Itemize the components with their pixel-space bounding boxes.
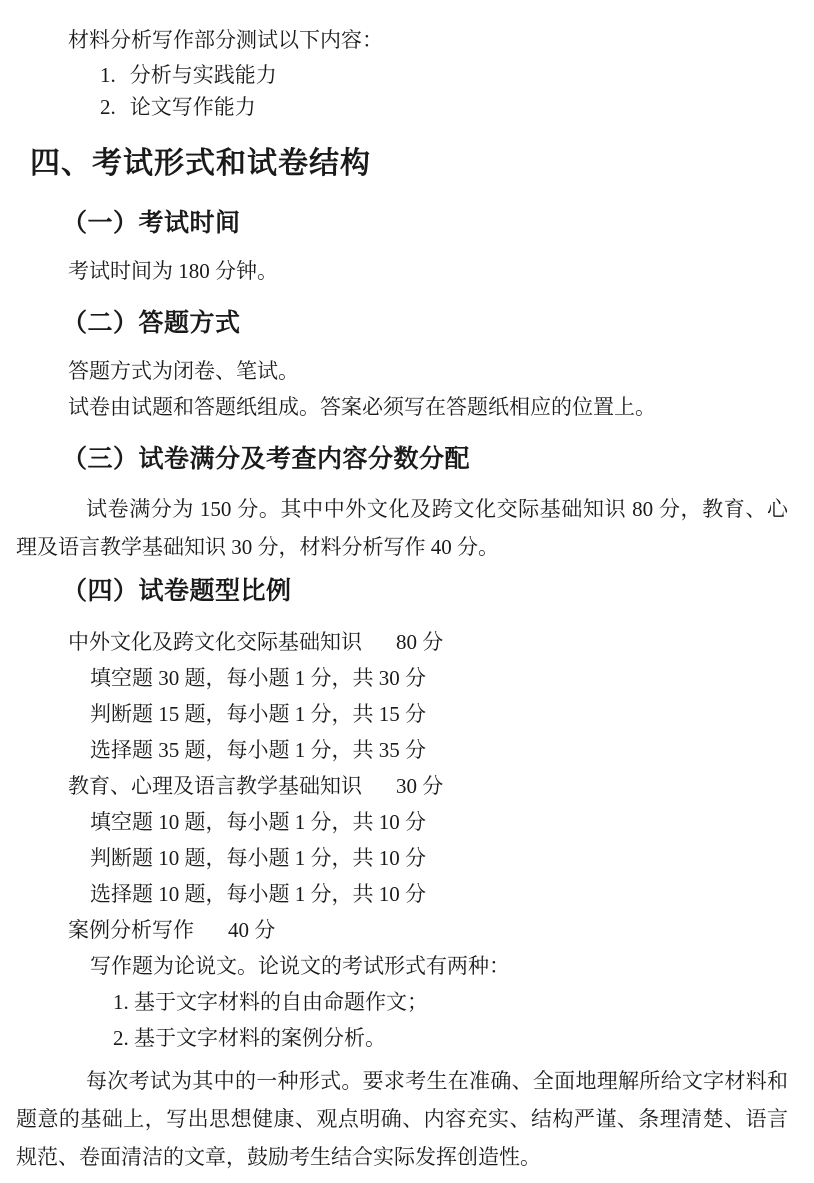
writing-type-1: 1. 基于文字材料的自由命题作文； [113, 984, 788, 1020]
ratio-block-label: 案例分析写作40 分 [68, 912, 788, 948]
ratio-score: 30 分 [396, 768, 443, 804]
chapter-title: 四、考试形式和试卷结构 [30, 144, 788, 184]
section-1-body: 考试时间为 180 分钟。 [68, 256, 788, 286]
list-text: 分析与实践能力 [130, 63, 277, 87]
section-title-3: （三）试卷满分及考查内容分数分配 [62, 442, 788, 476]
section-title-1: （一）考试时间 [62, 206, 788, 240]
section-3-body: 试卷满分为 150 分。其中中外文化及跨文化交际基础知识 80 分，教育、心理及… [16, 490, 788, 566]
closing-paragraph: 每次考试为其中的一种形式。要求考生在准确、全面地理解所给文字材料和题意的基础上，… [16, 1062, 788, 1176]
ratio-item: 填空题 10 题，每小题 1 分，共 10 分 [90, 804, 788, 840]
ratio-item: 判断题 15 题，每小题 1 分，共 15 分 [90, 696, 788, 732]
intro-item-2: 2.论文写作能力 [100, 92, 788, 122]
intro-lead: 材料分析写作部分测试以下内容： [68, 26, 788, 54]
section-title-4: （四）试卷题型比例 [62, 574, 788, 608]
writing-intro: 写作题为论说文。论说文的考试形式有两种： [90, 948, 788, 984]
ratio-list: 中外文化及跨文化交际基础知识80 分 填空题 30 题，每小题 1 分，共 30… [16, 624, 788, 1056]
ratio-block-label: 教育、心理及语言教学基础知识30 分 [68, 768, 788, 804]
ratio-item: 选择题 35 题，每小题 1 分，共 35 分 [90, 732, 788, 768]
ratio-score: 40 分 [228, 912, 275, 948]
intro-item-1: 1.分析与实践能力 [100, 60, 788, 90]
list-text: 论文写作能力 [130, 95, 256, 119]
list-marker: 1. [100, 60, 116, 90]
writing-type-2: 2. 基于文字材料的案例分析。 [113, 1020, 788, 1056]
ratio-block-label: 中外文化及跨文化交际基础知识80 分 [68, 624, 788, 660]
ratio-label: 教育、心理及语言教学基础知识 [68, 774, 362, 798]
document-page: 材料分析写作部分测试以下内容： 1.分析与实践能力 2.论文写作能力 四、考试形… [0, 0, 814, 1183]
ratio-label: 中外文化及跨文化交际基础知识 [68, 630, 362, 654]
ratio-item: 判断题 10 题，每小题 1 分，共 10 分 [90, 840, 788, 876]
list-marker: 2. [100, 92, 116, 122]
section-2-body-1: 答题方式为闭卷、笔试。 [68, 356, 788, 386]
ratio-item: 填空题 30 题，每小题 1 分，共 30 分 [90, 660, 788, 696]
ratio-item: 选择题 10 题，每小题 1 分，共 10 分 [90, 876, 788, 912]
ratio-score: 80 分 [396, 624, 443, 660]
section-2-body-2: 试卷由试题和答题纸组成。答案必须写在答题纸相应的位置上。 [68, 392, 788, 422]
section-title-2: （二）答题方式 [62, 306, 788, 340]
ratio-label: 案例分析写作 [68, 918, 194, 942]
